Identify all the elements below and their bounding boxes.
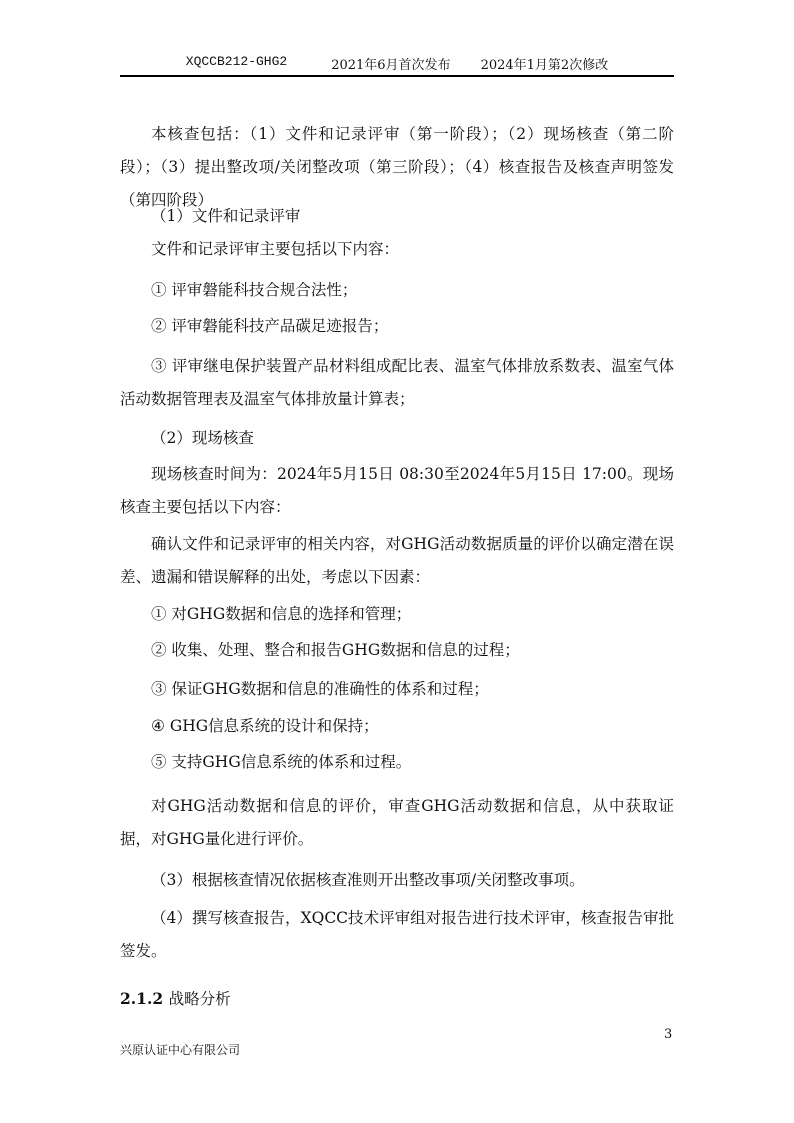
list-item: ① 评审磐能科技合规合法性； <box>120 274 674 307</box>
section-heading: 2.1.2 战略分析 <box>120 982 674 1016</box>
footer-company: 兴原认证中心有限公司 <box>120 1041 240 1058</box>
subheading-onsite: （2）现场核查 <box>120 422 674 455</box>
list-item: ④ GHG信息系统的设计和保持； <box>120 710 674 743</box>
header-rule <box>120 75 674 77</box>
paragraph-onsite-time: 现场核查时间为：2024年5月15日 08:30至2024年5月15日 17:0… <box>120 458 674 524</box>
paragraph-evaluation: 对GHG活动数据和信息的评价，审查GHG活动数据和信息，从中获取证据，对GHG量… <box>120 790 674 856</box>
paragraph-step3: （3）根据核查情况依据核查准则开出整改事项/关闭整改事项。 <box>120 864 674 897</box>
paragraph-confirm: 确认文件和记录评审的相关内容，对GHG活动数据质量的评价以确定潜在误差、遗漏和错… <box>120 528 674 594</box>
subheading-document-review: （1）文件和记录评审 <box>120 200 674 233</box>
first-issued: 2021年6月首次发布 <box>331 54 450 76</box>
list-item: ⑤ 支持GHG信息系统的体系和过程。 <box>120 746 674 779</box>
page-number: 3 <box>664 1027 672 1042</box>
list-item: ① 对GHG数据和信息的选择和管理； <box>120 598 674 631</box>
section-title: 战略分析 <box>169 990 231 1008</box>
doc-code: XQCCB212-GHG2 <box>186 54 287 76</box>
revision: 2024年1月第2次修改 <box>481 54 609 76</box>
list-item: ② 收集、处理、整合和报告GHG数据和信息的过程； <box>120 634 674 667</box>
page-header: XQCCB212-GHG2 2021年6月首次发布 2024年1月第2次修改 <box>120 54 674 76</box>
list-item: ③ 保证GHG数据和信息的准确性的体系和过程； <box>120 673 674 706</box>
list-item: ③ 评审继电保护装置产品材料组成配比表、温室气体排放系数表、温室气体活动数据管理… <box>120 350 674 416</box>
paragraph-step4: （4）撰写核查报告，XQCC技术评审组对报告进行技术评审，核查报告审批签发。 <box>120 902 674 968</box>
list-item: ② 评审磐能科技产品碳足迹报告； <box>120 310 674 343</box>
paragraph-review-intro: 文件和记录评审主要包括以下内容： <box>120 233 674 266</box>
section-number: 2.1.2 <box>120 989 163 1008</box>
